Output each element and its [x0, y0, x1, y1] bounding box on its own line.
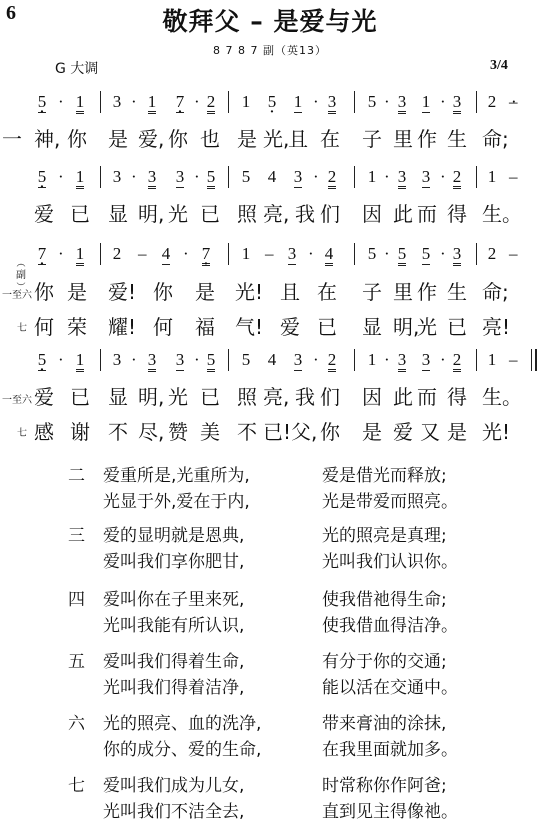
verse-line: 能以活在交通中。	[322, 673, 458, 698]
lyric-char: 而	[417, 381, 437, 410]
note: 2	[451, 167, 463, 187]
lyric-char: 是	[67, 276, 87, 305]
note: 3	[146, 167, 158, 187]
note: 1	[486, 350, 498, 370]
dot: ·	[313, 167, 319, 187]
note: 3	[292, 167, 304, 187]
verse-label: 一至六	[2, 286, 32, 301]
lyric-char: 不	[108, 416, 128, 445]
note: 2	[486, 92, 498, 112]
lyric-char: 荣	[67, 311, 87, 340]
barline	[228, 91, 229, 113]
verse-line: 光是带爱而照亮。	[322, 487, 458, 512]
lyric-char: 照	[237, 381, 257, 410]
lyric-char: 光,	[263, 123, 289, 152]
lyric-char: 你	[67, 123, 87, 152]
dot: ·	[384, 244, 390, 264]
lyric-char: 因	[362, 198, 382, 227]
lyric-char: 得	[447, 381, 467, 410]
lyric-row-3a: 一至六 你 是 爱! 你 是 光! 且 在 子 里 作 生 命;	[0, 276, 540, 304]
notation-row-1: 5 · 1 3 · 1 7 · 2 1 5 1 · 3 5 · 3 1 · 3 …	[0, 88, 540, 118]
lyric-char: 是	[362, 416, 382, 445]
note: 3	[286, 244, 298, 264]
lyric-char: 且	[288, 123, 308, 152]
lyric-row-1: 一 神, 你 是 爱, 你 也 是 光, 且 在 子 里 作 生 命;	[0, 123, 540, 151]
barline	[476, 91, 477, 113]
lyric-char: 是	[447, 416, 467, 445]
verse-number: 五	[68, 647, 85, 672]
barline	[354, 166, 355, 188]
lyric-char: 亮!	[482, 311, 510, 340]
verse-number: 三	[68, 521, 85, 546]
lyric-char: 子	[362, 276, 382, 305]
lyric-char: 们	[320, 198, 340, 227]
lyric-char: 爱	[34, 381, 54, 410]
lyric-char: 谢	[70, 416, 90, 445]
verse-label: 一	[2, 123, 22, 152]
lyric-char: 你	[34, 276, 54, 305]
lyric-char: 赞	[168, 416, 188, 445]
lyric-char: 已	[200, 381, 220, 410]
verse-number: 二	[68, 461, 85, 486]
barline	[228, 166, 229, 188]
note: 1	[240, 244, 252, 264]
lyric-char: 是	[195, 276, 215, 305]
verse-line: 爱重所是,光重所为,	[103, 461, 250, 486]
verse-line: 光的照亮是真理;	[322, 521, 447, 546]
barline	[354, 243, 355, 265]
lyric-char: 而	[417, 198, 437, 227]
lyric-char: 福	[195, 311, 215, 340]
note: 3	[451, 244, 463, 264]
verse-number: 六	[68, 709, 85, 734]
note: 3	[174, 350, 186, 370]
verse-number: 七	[68, 771, 85, 796]
lyric-char: 此	[393, 381, 413, 410]
dot: ·	[194, 92, 200, 112]
lyric-row-4b: 七 感 谢 不 尽, 赞 美 不 已! 父, 你 是 爱 又 是 光!	[0, 416, 540, 444]
barline	[100, 166, 101, 188]
lyric-char: 你	[168, 123, 188, 152]
final-barline-thick	[535, 349, 537, 371]
dot: ·	[58, 350, 64, 370]
note: 4	[266, 167, 278, 187]
lyric-char: 明,	[138, 198, 164, 227]
note: 2	[326, 167, 338, 187]
lyric-char: 明,	[138, 381, 164, 410]
lyric-char: 气!	[235, 311, 263, 340]
lyric-char: 已	[70, 198, 90, 227]
lyric-char: 神,	[34, 123, 60, 152]
notation-row-2: 5 · 1 3 · 3 3 · 5 5 4 3 · 2 1 · 3 3 · 2 …	[0, 163, 540, 193]
barline	[100, 243, 101, 265]
verse-line: 光叫我们认识你。	[322, 547, 458, 572]
lyric-row-2: 爱 已 显 明, 光 已 照 亮, 我 们 因 此 而 得 生。	[0, 198, 540, 226]
verse-line: 爱叫你在子里来死,	[103, 585, 244, 610]
dot: ·	[384, 92, 390, 112]
dash: –	[265, 244, 274, 264]
lyric-char: 里	[393, 276, 413, 305]
lyric-char: 不	[237, 416, 257, 445]
verse-line: 直到见主得像祂。	[322, 797, 458, 822]
note: 5	[36, 167, 48, 187]
lyric-char: 显	[108, 198, 128, 227]
note: 1	[366, 350, 378, 370]
note: 5	[205, 350, 217, 370]
lyric-char: 是	[108, 123, 128, 152]
lyric-char: 生。	[482, 381, 522, 410]
lyric-char: 作	[417, 276, 437, 305]
verse-number: 四	[68, 585, 85, 610]
dot: ·	[131, 350, 137, 370]
note: 5	[240, 350, 252, 370]
lyric-char: 感	[34, 416, 54, 445]
verse-line: 有分于你的交通;	[322, 647, 447, 672]
lyric-char: 爱!	[108, 276, 136, 305]
note: 2	[486, 244, 498, 264]
lyric-char: 光	[417, 311, 437, 340]
note: 3	[111, 92, 123, 112]
dot: ·	[58, 167, 64, 187]
lyric-char: 显	[362, 311, 382, 340]
lyric-char: 得	[447, 198, 467, 227]
verse-label: 七	[17, 319, 27, 334]
lyric-char: 亮,	[263, 198, 289, 227]
lyric-char: 爱	[280, 311, 300, 340]
lyric-char: 里	[393, 123, 413, 152]
lyric-char: 耀!	[108, 311, 136, 340]
final-barline-thin	[531, 349, 532, 371]
verse-line: 光显于外,爱在于内,	[103, 487, 250, 512]
note: 5	[266, 92, 278, 112]
barline	[228, 349, 229, 371]
dash: –	[509, 92, 518, 112]
note: 3	[396, 350, 408, 370]
barline	[476, 349, 477, 371]
dot: ·	[183, 244, 189, 264]
lyric-char: 已	[200, 198, 220, 227]
note: 2	[326, 350, 338, 370]
lyric-char: 已	[447, 311, 467, 340]
note: 2	[111, 244, 123, 264]
dot: ·	[440, 244, 446, 264]
dot: ·	[58, 92, 64, 112]
note: 1	[240, 92, 252, 112]
verse-line: 带来膏油的涂抹,	[322, 709, 446, 734]
lyric-char: 且	[280, 276, 300, 305]
lyric-char: 尽,	[138, 416, 164, 445]
notation-row-4: 5 · 1 3 · 3 3 · 5 5 4 3 · 2 1 · 3 3 · 2 …	[0, 346, 540, 376]
lyric-char: 在	[320, 123, 340, 152]
key-signature: G 大调	[55, 58, 98, 78]
barline	[228, 243, 229, 265]
lyric-row-3b: 七 何 荣 耀! 何 福 气! 爱 已 显 明, 光 已 亮!	[0, 311, 540, 339]
dot: ·	[194, 350, 200, 370]
lyric-char: 亮,	[263, 381, 289, 410]
dot: ·	[440, 92, 446, 112]
dot: ·	[313, 350, 319, 370]
note: 1	[420, 92, 432, 112]
barline	[354, 349, 355, 371]
lyric-char: 已	[70, 381, 90, 410]
note: 7	[36, 244, 48, 264]
dot: ·	[384, 350, 390, 370]
note: 1	[366, 167, 378, 187]
verse-line: 爱叫我们享你肥甘,	[103, 547, 244, 572]
note: 3	[420, 350, 432, 370]
note: 5	[366, 92, 378, 112]
dot: ·	[384, 167, 390, 187]
note: 2	[451, 350, 463, 370]
verse-line: 时常称你作阿爸;	[322, 771, 447, 796]
note: 3	[111, 167, 123, 187]
note: 3	[292, 350, 304, 370]
lyric-char: 美	[200, 416, 220, 445]
barline	[100, 91, 101, 113]
note: 1	[146, 92, 158, 112]
dot: ·	[440, 350, 446, 370]
lyric-char: 何	[34, 311, 54, 340]
hymn-title: 敬拜父 – 是爱与光	[0, 2, 540, 38]
note: 7	[200, 244, 212, 264]
lyric-char: 明,	[393, 311, 419, 340]
note: 4	[160, 244, 172, 264]
lyric-char: 生	[447, 123, 467, 152]
verse-line: 爱叫我们得着生命,	[103, 647, 244, 672]
note: 1	[74, 350, 86, 370]
dot: ·	[440, 167, 446, 187]
lyric-char: 显	[108, 381, 128, 410]
dash: –	[509, 244, 518, 264]
note: 5	[240, 167, 252, 187]
lyric-char: 爱	[393, 416, 413, 445]
meter-info: 8 7 8 7 副（英13）	[0, 42, 540, 58]
verse-line: 光叫我们不洁全去,	[103, 797, 244, 822]
lyric-char: 光!	[235, 276, 263, 305]
note: 1	[74, 167, 86, 187]
lyric-char: 何	[153, 311, 173, 340]
dot: ·	[131, 92, 137, 112]
lyric-char: 光	[168, 381, 188, 410]
note: 3	[326, 92, 338, 112]
note: 2	[205, 92, 217, 112]
lyric-char: 是	[237, 123, 257, 152]
verse-line: 使我借祂得生命;	[322, 585, 447, 610]
lyric-char: 此	[393, 198, 413, 227]
dot: ·	[313, 92, 319, 112]
verse-line: 爱叫我们成为儿女,	[103, 771, 244, 796]
lyric-char: 你	[153, 276, 173, 305]
note: 3	[420, 167, 432, 187]
note: 5	[366, 244, 378, 264]
note: 3	[451, 92, 463, 112]
lyric-char: 爱,	[138, 123, 164, 152]
lyric-char: 在	[317, 276, 337, 305]
verse-label: 一至六	[2, 391, 32, 406]
note: 3	[111, 350, 123, 370]
lyric-char: 已!	[263, 416, 291, 445]
verse-line: 使我借血得洁净。	[322, 611, 458, 636]
dot: ·	[194, 167, 200, 187]
lyric-char: 光!	[482, 416, 510, 445]
dot: ·	[131, 167, 137, 187]
lyric-char: 因	[362, 381, 382, 410]
verse-line: 在我里面就加多。	[322, 735, 458, 760]
note: 3	[146, 350, 158, 370]
dash: –	[509, 167, 518, 187]
lyric-char: 也	[200, 123, 220, 152]
note: 1	[486, 167, 498, 187]
note: 1	[292, 92, 304, 112]
note: 3	[396, 92, 408, 112]
lyric-row-4a: 一至六 爱 已 显 明, 光 已 照 亮, 我 们 因 此 而 得 生。	[0, 381, 540, 409]
verse-line: 你的成分、爱的生命,	[103, 735, 261, 760]
note: 3	[174, 167, 186, 187]
lyric-char: 又	[420, 416, 440, 445]
lyric-char: 我	[295, 198, 315, 227]
note: 4	[266, 350, 278, 370]
lyric-char: 爱	[34, 198, 54, 227]
lyric-char: 命;	[482, 276, 509, 305]
barline	[100, 349, 101, 371]
barline	[476, 166, 477, 188]
note: 7	[174, 92, 186, 112]
time-signature: 3/4	[490, 58, 508, 74]
verse-line: 爱是借光而释放;	[322, 461, 447, 486]
lyric-char: 们	[320, 381, 340, 410]
lyric-char: 父,	[291, 416, 317, 445]
verse-line: 光叫我们得着洁净,	[103, 673, 244, 698]
note: 3	[396, 167, 408, 187]
note: 5	[36, 350, 48, 370]
lyric-char: 生	[447, 276, 467, 305]
note: 4	[323, 244, 335, 264]
verse-line: 爱的显明就是恩典,	[103, 521, 244, 546]
verse-line: 光的照亮、血的洗净,	[103, 709, 261, 734]
dot: ·	[58, 244, 64, 264]
lyric-char: 命;	[482, 123, 509, 152]
lyric-char: 生。	[482, 198, 522, 227]
lyric-char: 你	[320, 416, 340, 445]
verse-line: 光叫我能有所认识,	[103, 611, 244, 636]
dash: –	[138, 244, 147, 264]
verse-label: 七	[17, 424, 27, 439]
lyric-char: 子	[362, 123, 382, 152]
note: 1	[74, 244, 86, 264]
note: 5	[36, 92, 48, 112]
dash: –	[509, 350, 518, 370]
lyric-char: 作	[417, 123, 437, 152]
lyric-char: 光	[168, 198, 188, 227]
barline	[476, 243, 477, 265]
lyric-char: 我	[295, 381, 315, 410]
notation-row-3: 7 · 1 2 – 4 · 7 1 – 3 · 4 5 · 5 5 · 3 2	[0, 240, 540, 270]
note: 5	[420, 244, 432, 264]
note: 1	[74, 92, 86, 112]
note: 5	[396, 244, 408, 264]
dot: ·	[308, 244, 314, 264]
note: 5	[205, 167, 217, 187]
lyric-char: 照	[237, 198, 257, 227]
lyric-char: 已	[317, 311, 337, 340]
barline	[354, 91, 355, 113]
